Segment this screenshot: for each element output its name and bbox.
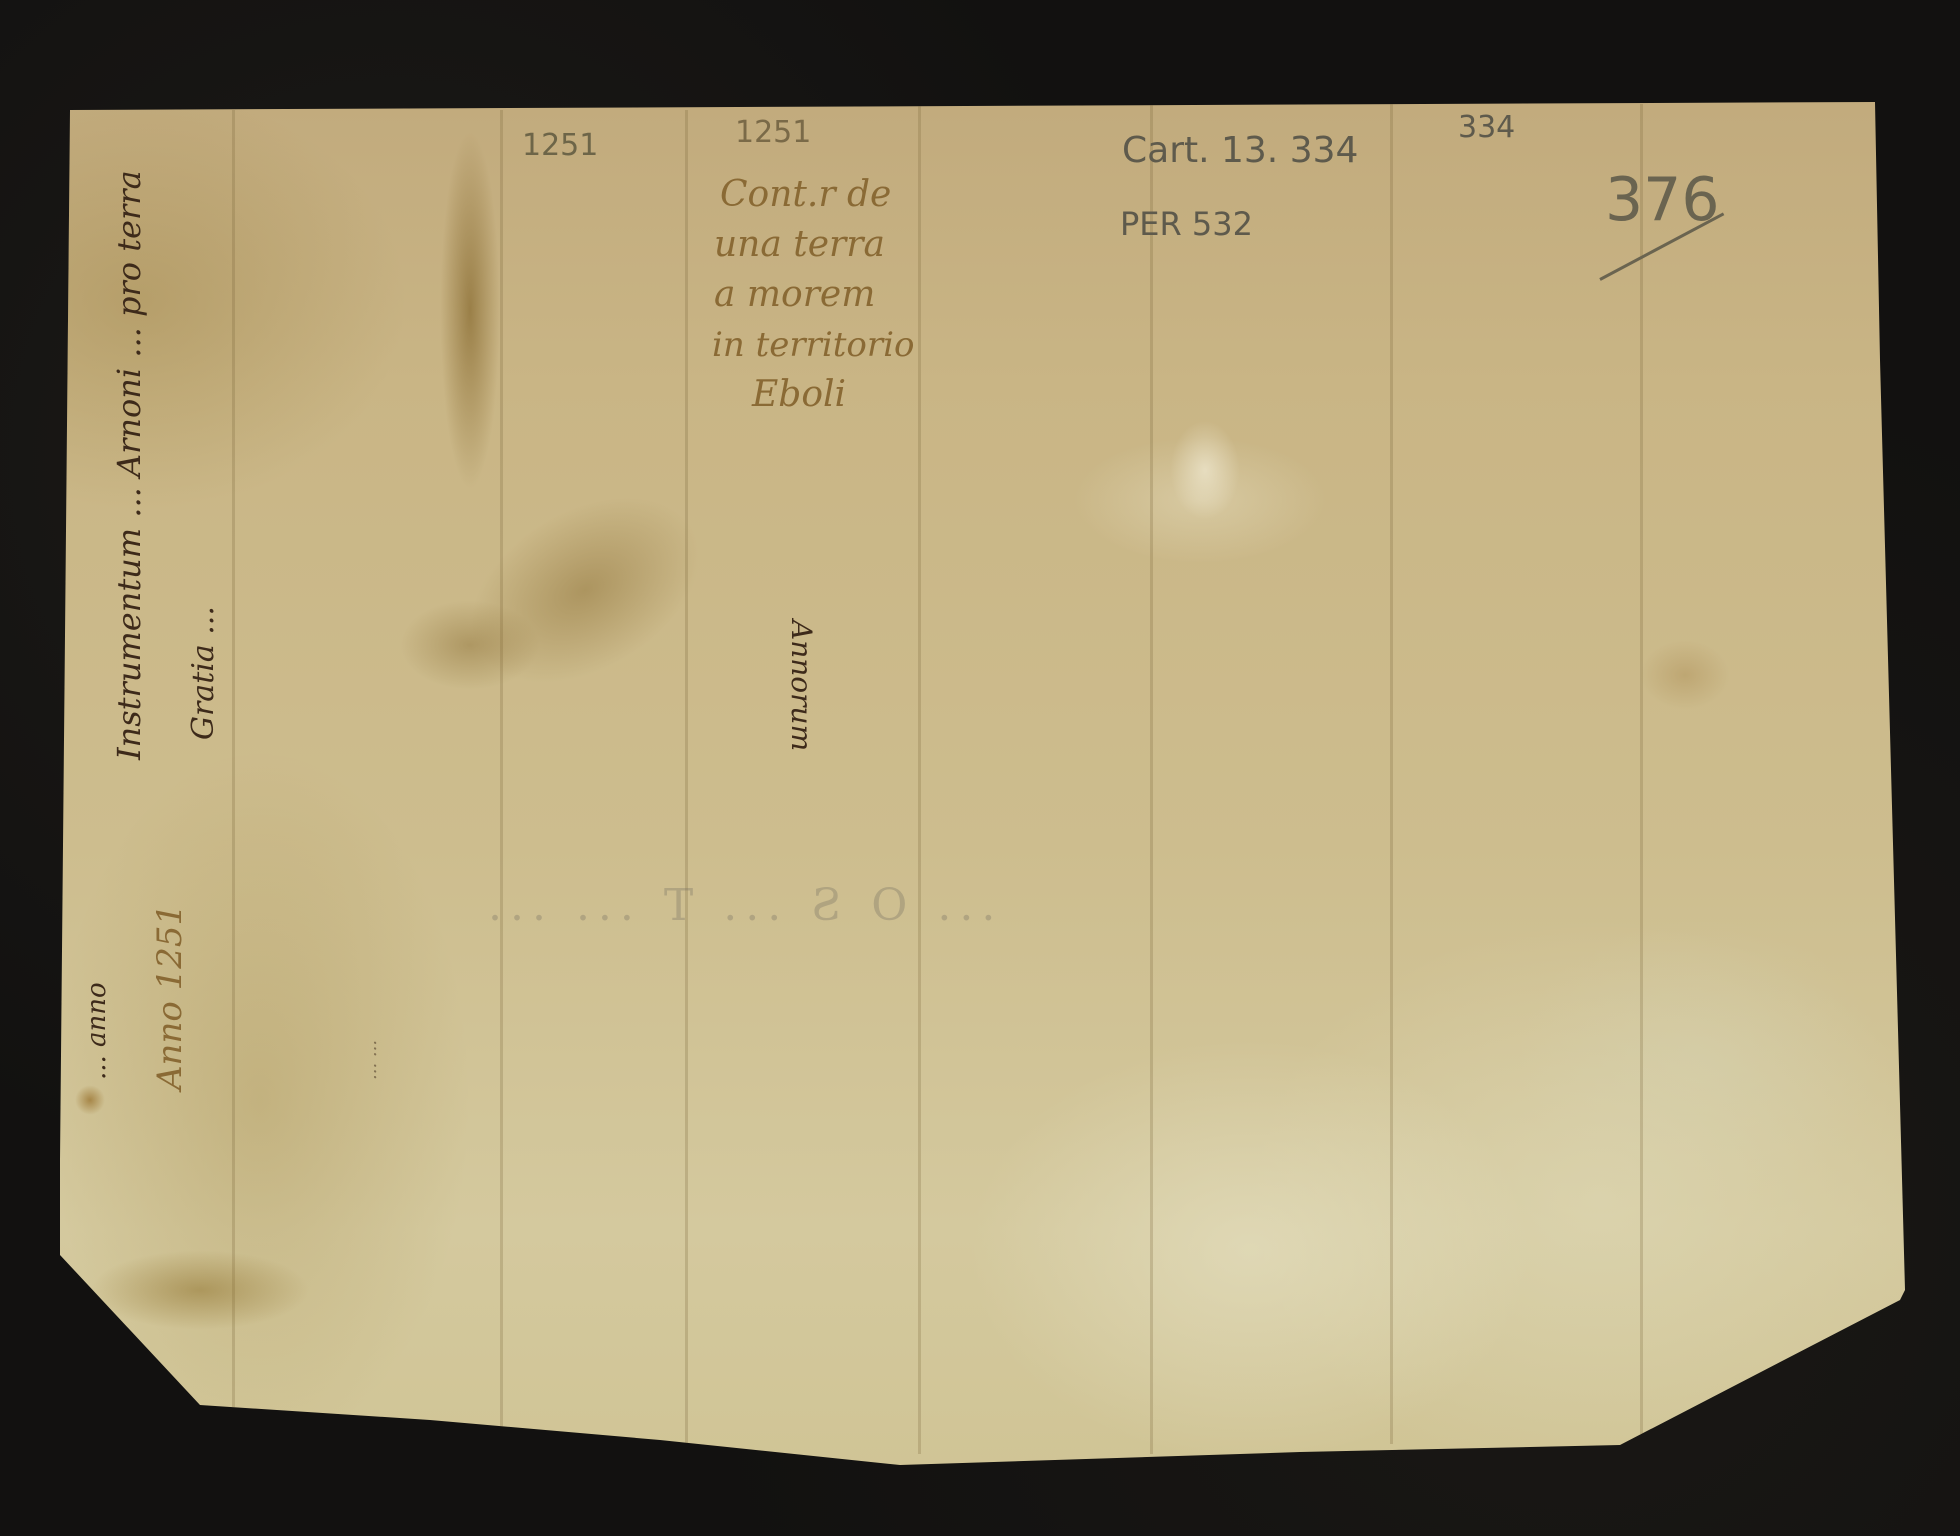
summary-line: a morem: [714, 270, 916, 320]
year-annotation-center: 1251: [735, 115, 811, 150]
vertical-note-second: Gratia ...: [186, 606, 221, 740]
water-stain: [1640, 640, 1730, 710]
fold-line: [1390, 104, 1393, 1444]
summary-line: Cont.r de: [720, 170, 922, 220]
summary-line: in territorio: [712, 320, 914, 370]
summary-line: una terra: [714, 220, 916, 270]
catalog-number: 334: [1458, 110, 1515, 145]
pale-spot: [1170, 420, 1240, 520]
vertical-center-note: Annorum: [785, 620, 818, 751]
vertical-note-third: ... anno: [82, 982, 112, 1080]
ink-spot: [75, 1085, 105, 1115]
year-annotation-left: 1251: [522, 128, 598, 163]
fold-line: [232, 110, 235, 1410]
vertical-faint-note: ... ...: [360, 1040, 381, 1080]
fold-line: [1640, 104, 1643, 1434]
summary-line: Eboli: [752, 370, 954, 420]
vertical-date-note: Anno 1251: [150, 904, 190, 1090]
fold-line: [500, 110, 503, 1430]
faded-recto-text: ... O S ... T ... ...: [480, 880, 995, 931]
pergamena-reference: PER 532: [1120, 205, 1253, 243]
archive-reference: Cart. 13. 334: [1122, 130, 1358, 171]
water-stain: [400, 600, 540, 690]
summary-note: Cont.r de una terra a morem in territori…: [712, 170, 914, 420]
vertical-note-main: Instrumentum ... Arnoni ... pro terra: [110, 170, 148, 760]
water-stain: [90, 1250, 310, 1330]
water-stain: [440, 130, 500, 490]
fold-line: [685, 110, 688, 1450]
fold-line: [918, 104, 921, 1454]
fold-line: [1150, 104, 1153, 1454]
